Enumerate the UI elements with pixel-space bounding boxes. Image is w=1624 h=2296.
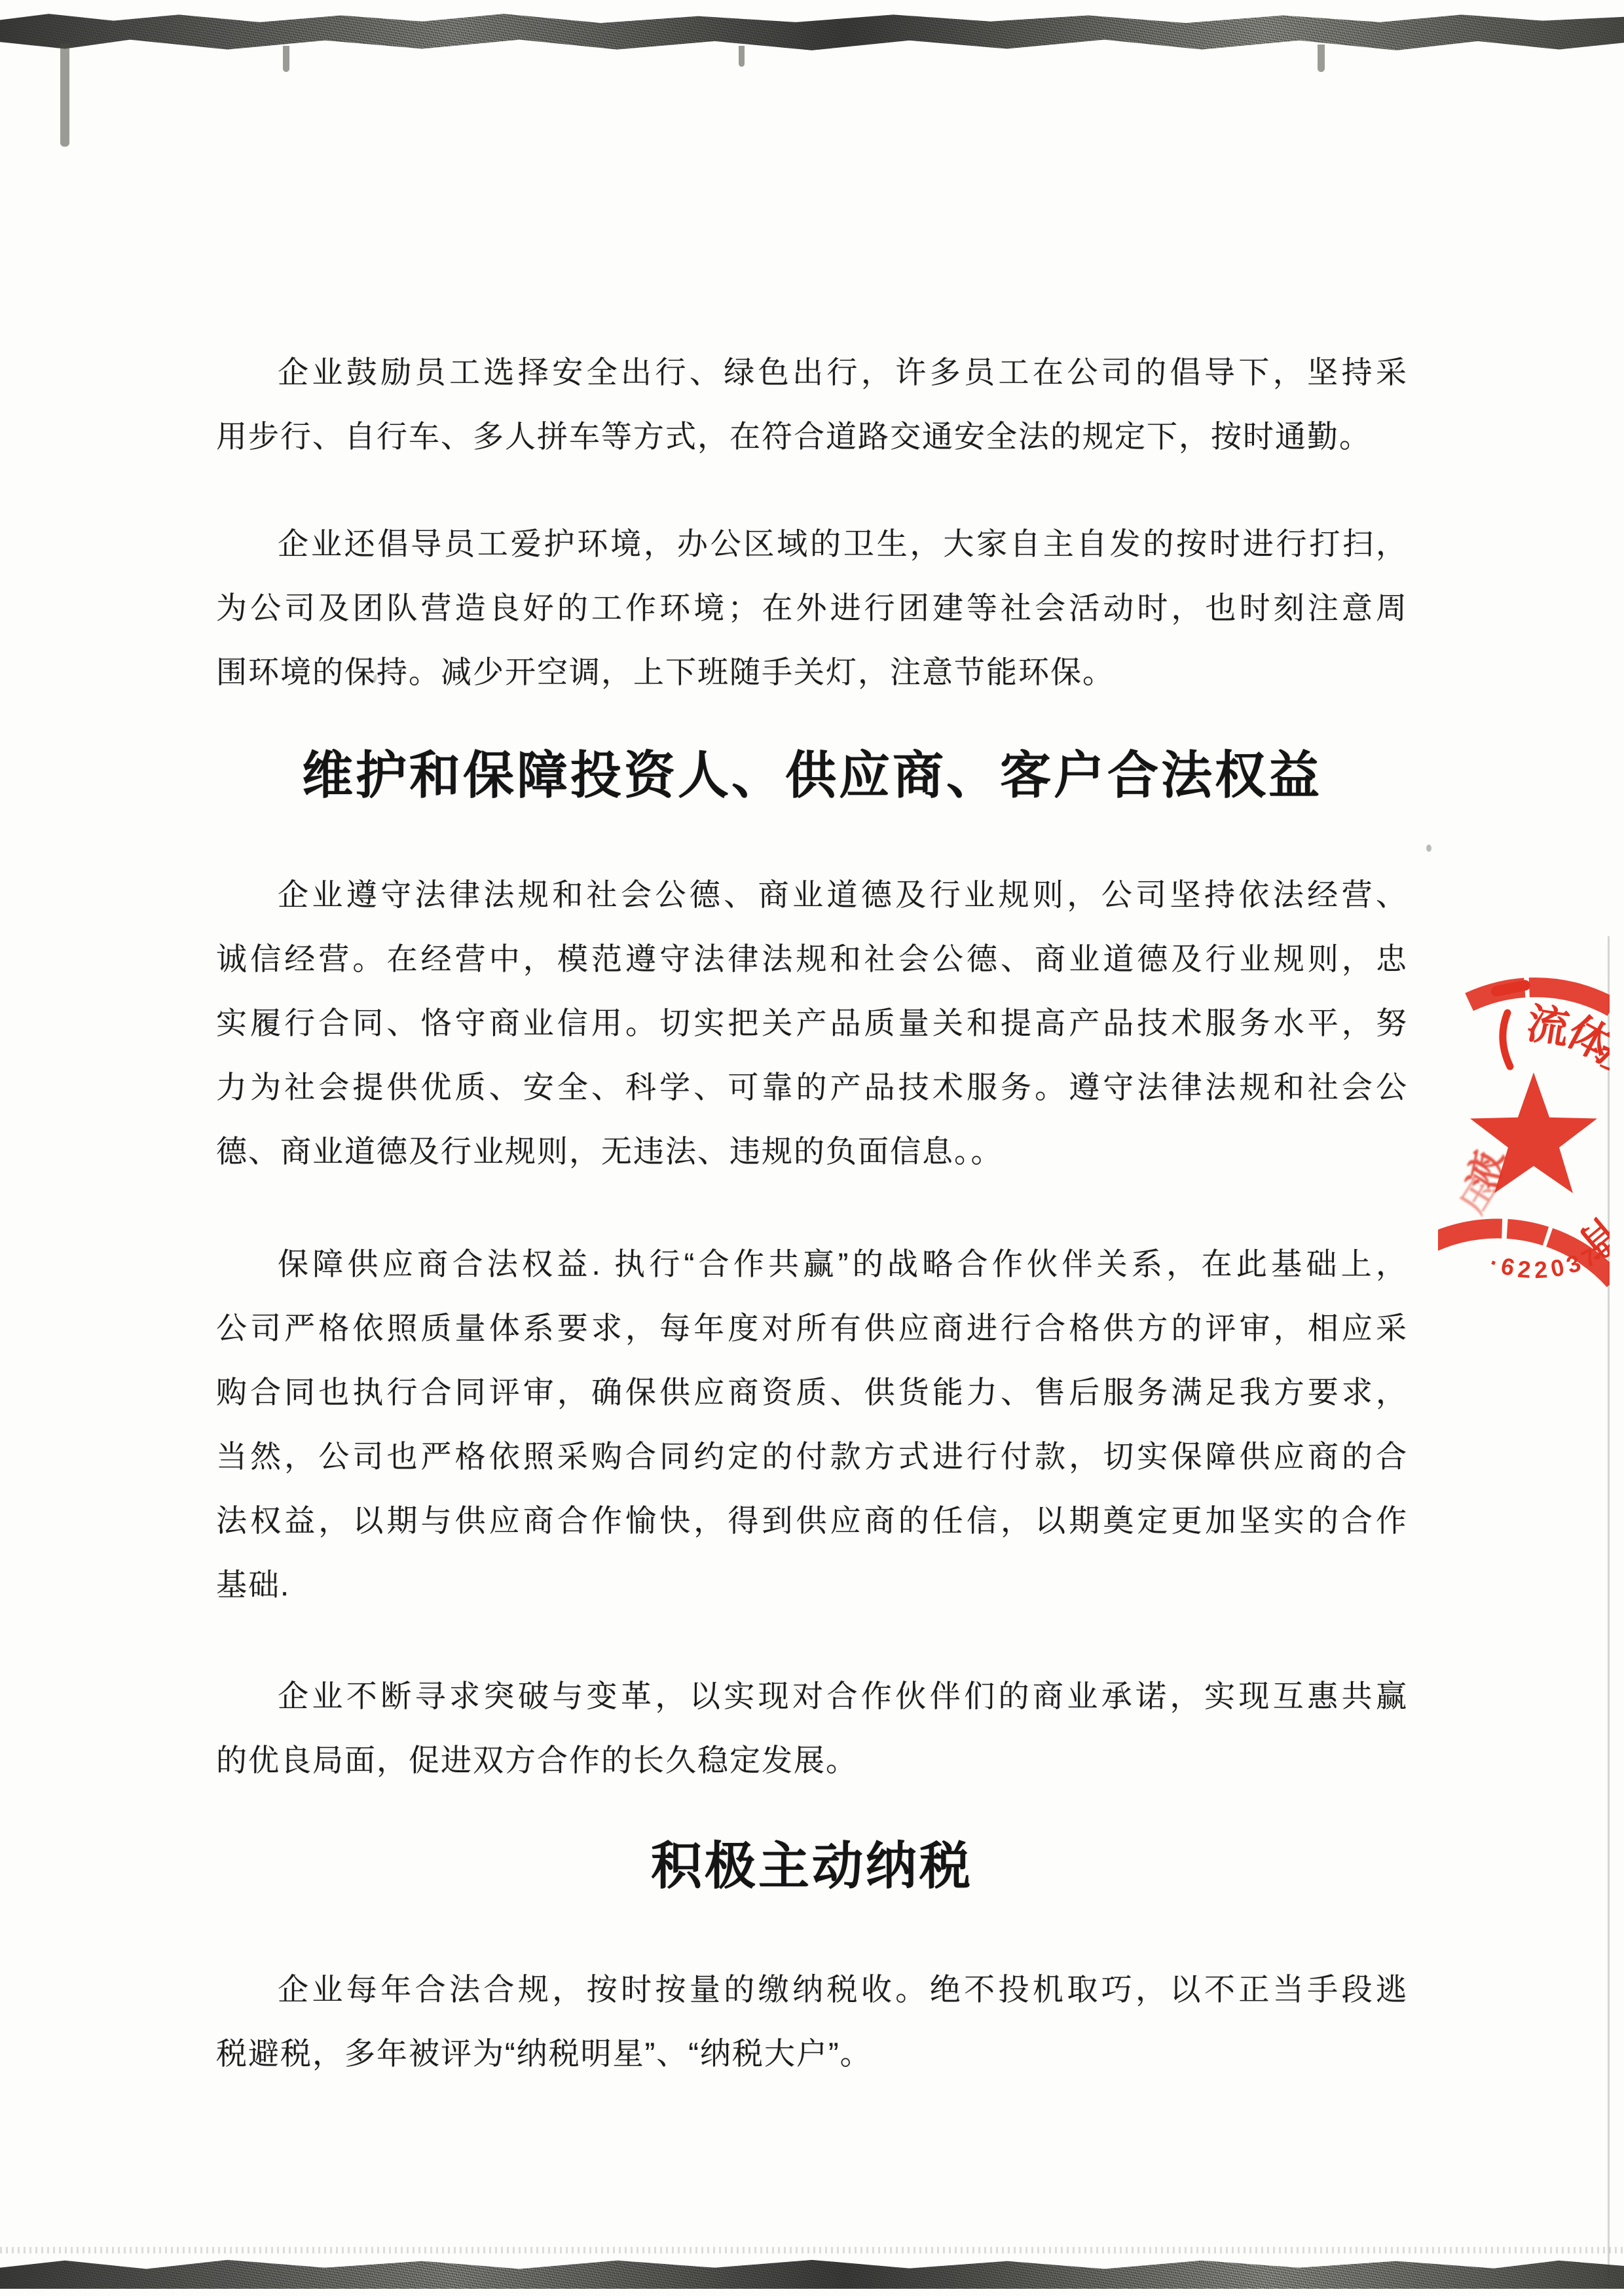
section-heading-tax: 积极主动纳税: [0, 1829, 1624, 1903]
seal-ring-fragment: [1496, 985, 1525, 991]
scanned-document-page: 企业鼓励员工选择安全出行、绿色出行，许多员工在公司的倡导下，坚持采 用步行、自行…: [0, 0, 1624, 2296]
paragraph-tax: 企业每年合法合规，按时按量的缴纳税收。绝不投机取巧，以不正当手段逃 税避税，多年…: [216, 1958, 1408, 2086]
text-line: 企业还倡导员工爱护环境，办公区域的卫生，大家自主自发的按时进行打扫，: [216, 512, 1408, 576]
text-line: 用步行、自行车、多人拼车等方式，在符合道路交通安全法的规定下，按时通勤。: [216, 405, 1408, 469]
scan-noise-band-top: [0, 13, 1624, 51]
scan-noise-drip: [739, 46, 745, 67]
text-line: 为公司及团队营造良好的工作环境；在外进行团建等社会活动时，也时刻注意周: [216, 576, 1408, 640]
text-line: 的优良局面，促进双方合作的长久稳定发展。: [216, 1728, 1408, 1793]
paragraph-compliance: 企业遵守法律法规和社会公德、商业道德及行业规则，公司坚持依法经营、 诚信经营。在…: [216, 863, 1408, 1184]
text-line: 当然，公司也严格依照采购合同约定的付款方式进行付款，切实保障供应商的合: [216, 1425, 1408, 1489]
scan-noise-drip: [283, 46, 289, 72]
scan-speck: [1426, 845, 1431, 852]
company-seal-stamp: 流 体 技 有 液 压 ·6220370: [1438, 953, 1610, 1329]
text-line: 企业鼓励员工选择安全出行、绿色出行，许多员工在公司的倡导下，坚持采: [216, 340, 1408, 405]
scan-noise-band-bottom: [0, 2259, 1624, 2289]
text-line: 购合同也执行合同评审，确保供应商资质、供货能力、售后服务满足我方要求，: [216, 1360, 1408, 1425]
paragraph-environment: 企业还倡导员工爱护环境，办公区域的卫生，大家自主自发的按时进行打扫， 为公司及团…: [216, 512, 1408, 704]
text-line: 企业遵守法律法规和社会公德、商业道德及行业规则，公司坚持依法经营、: [216, 863, 1408, 927]
text-line: 法权益，以期与供应商合作愉快，得到供应商的任信，以期奠定更加坚实的合作: [216, 1489, 1408, 1553]
paragraph-commute: 企业鼓励员工选择安全出行、绿色出行，许多员工在公司的倡导下，坚持采 用步行、自行…: [216, 340, 1408, 469]
scan-noise-drip: [60, 43, 69, 147]
text-line: 企业每年合法合规，按时按量的缴纳税收。绝不投机取巧，以不正当手段逃: [216, 1958, 1408, 2022]
text-line: 保障供应商合法权益. 执行“合作共赢”的战略合作伙伴关系，在此基础上，: [216, 1232, 1408, 1296]
paragraph-suppliers: 保障供应商合法权益. 执行“合作共赢”的战略合作伙伴关系，在此基础上， 公司严格…: [216, 1232, 1408, 1617]
scan-noise-haze: [0, 2247, 1624, 2253]
text-line: 公司严格依照质量体系要求，每年度对所有供应商进行合格供方的评审，相应采: [216, 1296, 1408, 1360]
seal-char-fragment: [1503, 1013, 1510, 1066]
scan-noise-drip: [1318, 45, 1325, 72]
text-line: 力为社会提供优质、安全、科学、可靠的产品技术服务。遵守法律法规和社会公: [216, 1055, 1408, 1120]
text-line: 实履行合同、恪守商业信用。切实把关产品质量关和提高产品技术服务水平，努: [216, 991, 1408, 1055]
text-line: 税避税，多年被评为“纳税明星”、“纳税大户”。: [216, 2022, 1408, 2086]
text-line: 基础.: [216, 1553, 1408, 1617]
text-line: 德、商业道德及行业规则，无违法、违规的负面信息。。: [216, 1120, 1408, 1184]
text-line: 围环境的保持。减少开空调，上下班随手关灯，注意节能环保。: [216, 640, 1408, 704]
paragraph-winwin: 企业不断寻求突破与变革，以实现对合作伙伴们的商业承诺，实现互惠共赢 的优良局面，…: [216, 1664, 1408, 1793]
text-line: 诚信经营。在经营中，模范遵守法律法规和社会公德、商业道德及行业规则，忠: [216, 927, 1408, 991]
section-heading-rights: 维护和保障投资人、供应商、客户合法权益: [0, 738, 1624, 812]
text-line: 企业不断寻求突破与变革，以实现对合作伙伴们的商业承诺，实现互惠共赢: [216, 1664, 1408, 1728]
